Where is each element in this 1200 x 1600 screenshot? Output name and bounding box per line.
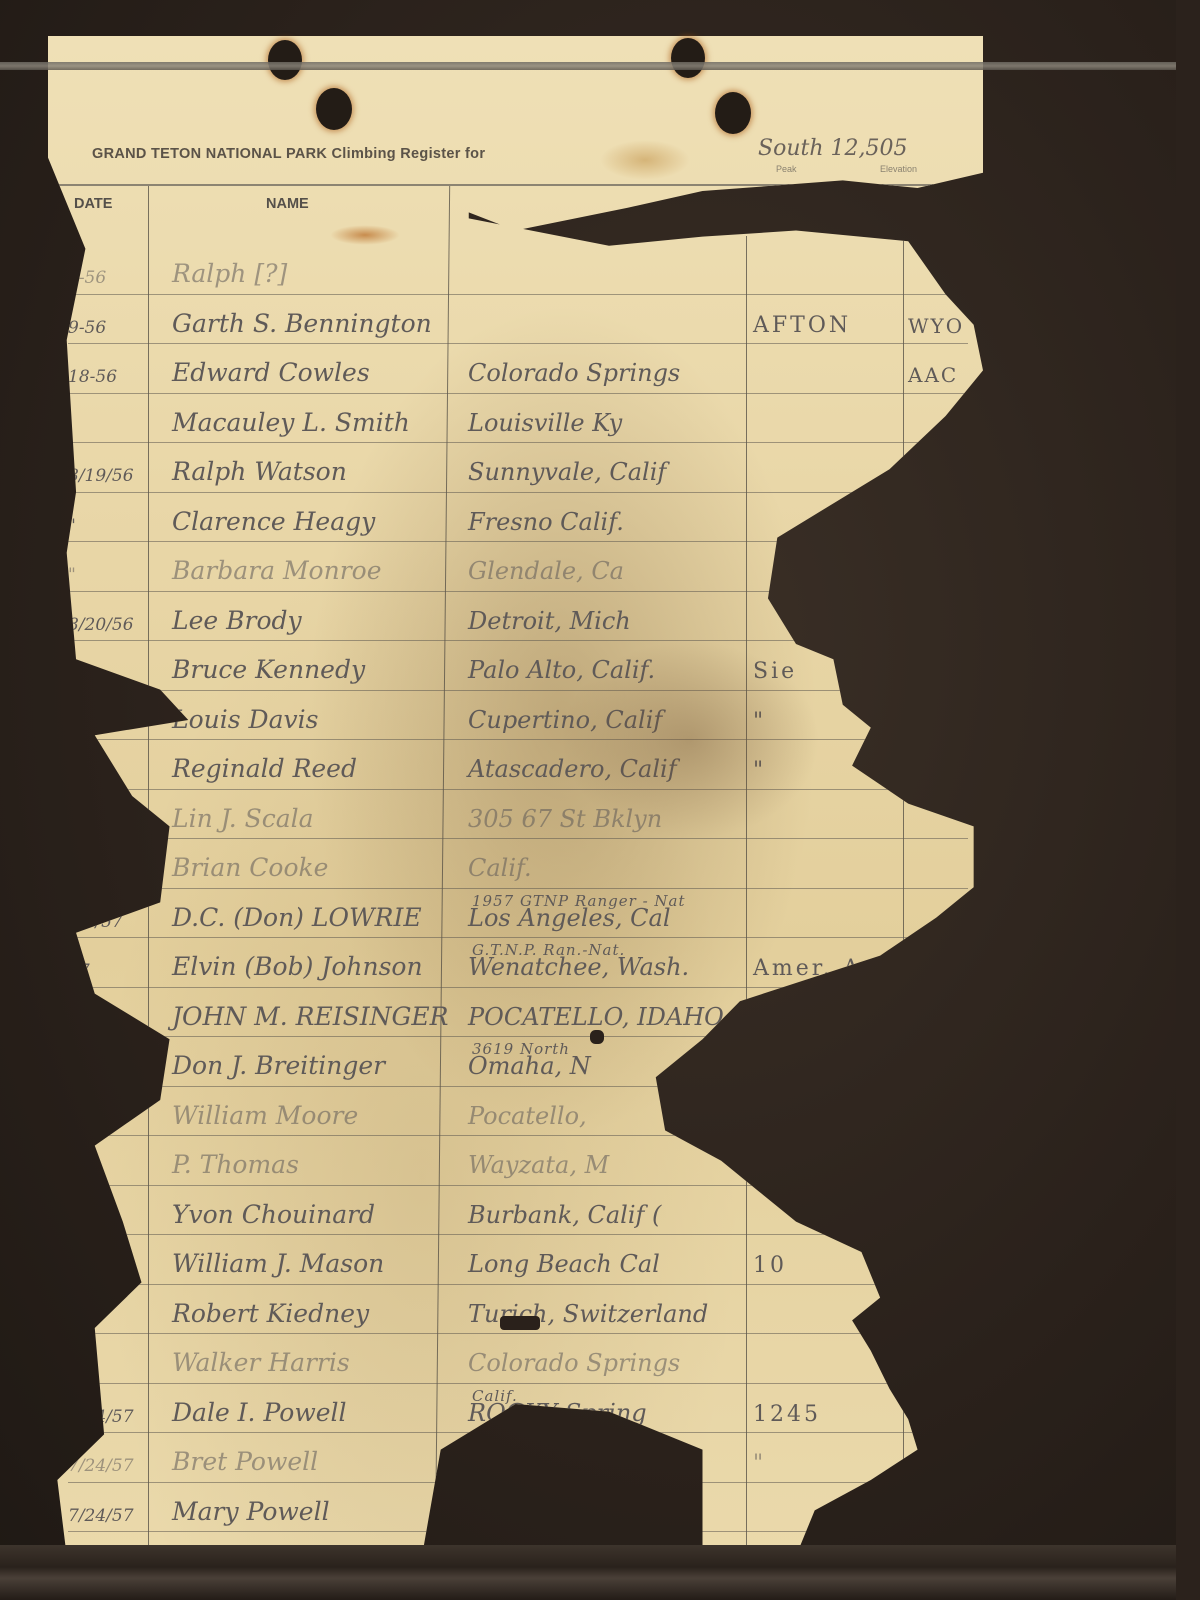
- punch-hole: [671, 38, 705, 78]
- entry-name: Macauley L. Smith: [172, 408, 410, 437]
- entry-name: Ralph [?]: [172, 259, 287, 288]
- column-header-date: DATE: [74, 196, 112, 212]
- entry-extra: WYO: [908, 314, 964, 338]
- entry-name: Ralph Watson: [172, 457, 347, 486]
- register-entry: Brian CookeCalif.: [48, 842, 983, 888]
- register-entry: 57William J. MasonLong Beach Cal10: [48, 1238, 983, 1284]
- entry-name: Elvin (Bob) Johnson: [172, 952, 423, 981]
- entry-address: 305 67 St Bklyn: [468, 805, 662, 833]
- entry-address: Fresno Calif.: [468, 508, 624, 536]
- entry-address-note: Calif.: [472, 1387, 518, 1405]
- entry-address: POCATELLO, IDAHO: [468, 1003, 724, 1031]
- register-entry: 18-56Edward CowlesColorado SpringsAAC: [48, 347, 983, 393]
- column-header-name: NAME: [266, 196, 309, 212]
- entry-club: Sie: [753, 659, 797, 684]
- entry-address: Detroit, Mich: [468, 607, 631, 635]
- entry-date: 8/20/56: [68, 615, 134, 635]
- entry-club: 1245: [753, 1402, 821, 1427]
- entry-address: Pocatello,: [468, 1102, 587, 1130]
- register-entry: ✓Walker HarrisColorado Springs: [48, 1337, 983, 1383]
- entry-date: 9-56: [68, 318, 106, 338]
- register-entry: 9-56Garth S. BenningtonAFTONWYO: [48, 298, 983, 344]
- entry-address: Glendale, Ca: [468, 557, 624, 585]
- register-entry: Macauley L. SmithLouisville Ky: [48, 397, 983, 443]
- entry-name: Clarence Heagy: [172, 507, 375, 536]
- entry-club: ": [753, 758, 766, 783]
- entry-extra: AAC: [908, 363, 958, 387]
- entry-address: Palo Alto, Calif.: [468, 656, 655, 684]
- entry-name: D.C. (Don) LOWRIE: [172, 903, 422, 932]
- register-title: GRAND TETON NATIONAL PARK Climbing Regis…: [92, 146, 485, 162]
- entry-address: Wayzata, M: [468, 1151, 609, 1179]
- entry-name: Barbara Monroe: [172, 556, 382, 585]
- entry-name: Lin J. Scala: [172, 804, 314, 833]
- entry-address: Burbank, Calif (: [468, 1201, 661, 1229]
- register-entry: Lin J. Scala305 67 St Bklyn: [48, 793, 983, 839]
- entry-date: 18-56: [68, 367, 117, 387]
- entry-address: Colorado Springs: [468, 359, 680, 387]
- elevation-label: Elevation: [880, 164, 917, 174]
- entry-club: 10: [753, 1253, 787, 1278]
- entry-address: Long Beach Cal: [468, 1250, 660, 1278]
- tear-hole: [590, 1030, 604, 1044]
- display-glass-edge: [0, 62, 1176, 70]
- punch-hole: [268, 40, 302, 80]
- entry-club: ": [753, 709, 766, 734]
- entry-name: William J. Mason: [172, 1249, 384, 1278]
- entry-name: Garth S. Bennington: [172, 309, 432, 338]
- entry-name: William Moore: [172, 1101, 358, 1130]
- entry-club: ": [753, 1451, 766, 1476]
- tear-hole: [500, 1316, 540, 1330]
- entry-name: Lee Brody: [172, 606, 302, 635]
- entry-address-note: 1957 GTNP Ranger - Nat: [472, 892, 686, 910]
- display-frame-edge: [0, 1545, 1176, 1600]
- entry-name: JOHN M. REISINGER: [172, 1002, 449, 1031]
- entry-name: Louis Davis: [172, 705, 318, 734]
- entry-address: Calif.: [468, 854, 532, 882]
- entry-name: Yvon Chouinard: [172, 1200, 375, 1229]
- register-entry: 8/19/56Ralph WatsonSunnyvale, Calif: [48, 446, 983, 492]
- entry-date: 8/19/56: [68, 466, 134, 486]
- peak-label: Peak: [776, 164, 797, 174]
- entry-name: Brian Cooke: [172, 853, 328, 882]
- punch-hole: [316, 88, 352, 130]
- entry-address-note: G.T.N.P. Ran.-Nat.: [472, 941, 625, 959]
- entry-name: Dale I. Powell: [172, 1398, 347, 1427]
- register-entry: 9-56Ralph [?]: [48, 248, 983, 294]
- entry-name: Walker Harris: [172, 1348, 350, 1377]
- peak-name-handwritten: South 12,505: [758, 136, 907, 161]
- entry-name: Don J. Breitinger: [172, 1051, 385, 1080]
- entry-name: Bruce Kennedy: [172, 655, 365, 684]
- entry-address: Cupertino, Calif: [468, 706, 662, 734]
- entry-address-note: 3619 North: [472, 1040, 570, 1058]
- entry-date: 7/24/57: [68, 1506, 134, 1526]
- entry-name: Reginald Reed: [172, 754, 357, 783]
- register-entry: 7/3/57D.C. (Don) LOWRIELos Angeles, Cal1…: [48, 892, 983, 938]
- register-entry: Reginald ReedAtascadero, Calif": [48, 743, 983, 789]
- entry-club: AFTON: [753, 313, 851, 338]
- entry-address: Atascadero, Calif: [468, 755, 677, 783]
- punch-hole: [715, 92, 751, 134]
- entry-name: Robert Kiedney: [172, 1299, 369, 1328]
- entry-address: Louisville Ky: [468, 409, 622, 437]
- entry-address: Sunnyvale, Calif: [468, 458, 666, 486]
- entry-name: Mary Powell: [172, 1497, 330, 1526]
- entry-address: Colorado Springs: [468, 1349, 680, 1377]
- entry-name: P. Thomas: [172, 1150, 299, 1179]
- entry-name: Edward Cowles: [172, 358, 370, 387]
- entry-name: Bret Powell: [172, 1447, 318, 1476]
